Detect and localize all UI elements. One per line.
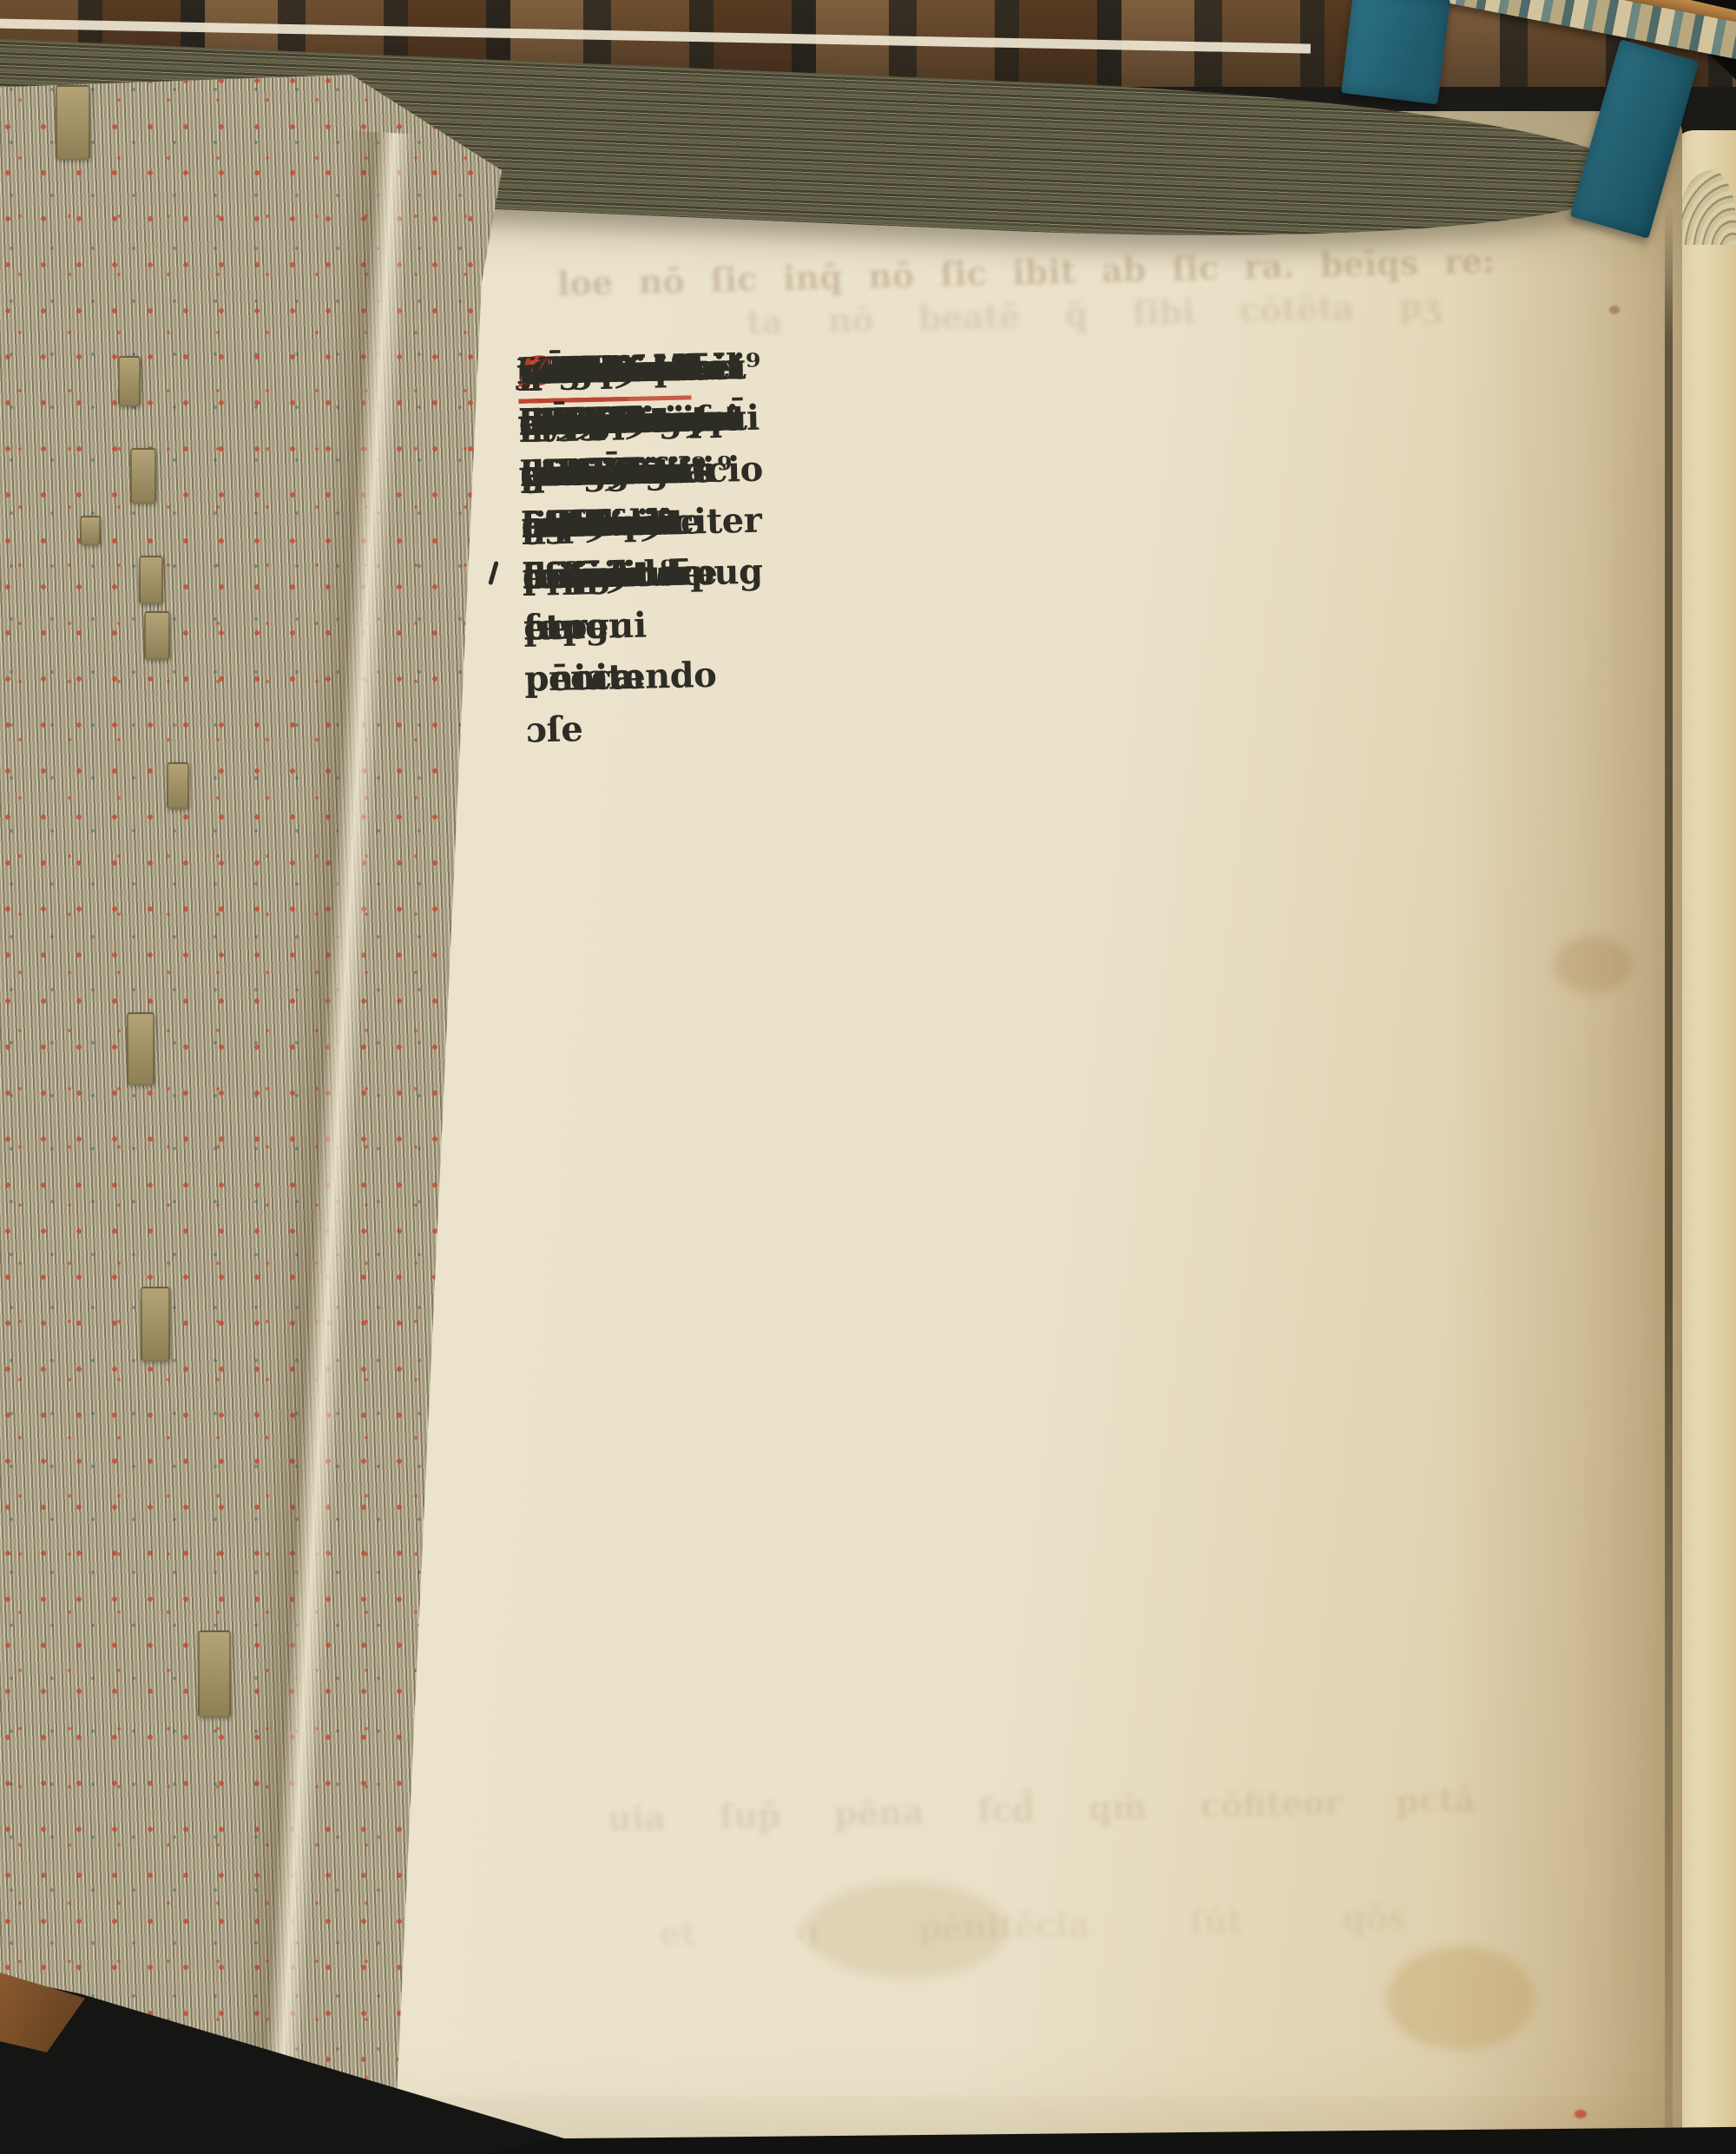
- index-tab: [130, 448, 156, 504]
- index-tab: [198, 1630, 231, 1717]
- gutter-crease: [1665, 205, 1673, 2132]
- stain: [1554, 936, 1632, 993]
- index-tab: [80, 516, 101, 545]
- index-tab: [167, 762, 189, 809]
- index-tab: [118, 356, 141, 406]
- book-photo: loe nō ſic inq̄ nō ſic ibit ab ſic ra. b…: [0, 0, 1736, 2154]
- index-tab: [139, 556, 163, 604]
- foxing-spot: [1609, 306, 1620, 314]
- page: [304, 111, 1682, 2151]
- stain: [1387, 1947, 1535, 2051]
- index-tab: [141, 1287, 170, 1361]
- page-shading-right: [1448, 111, 1682, 2151]
- text-line: vel ex toto/ vel vndiqȝ faſſio . nā vere…: [517, 346, 518, 398]
- index-tab: [144, 611, 170, 660]
- text-segment: nā vere ɔfitet̄ q̄ totū: [517, 344, 624, 602]
- index-tab: [56, 85, 90, 160]
- index-tab: [127, 1012, 155, 1085]
- stain: [807, 1882, 1007, 1978]
- red-speck: [1575, 2110, 1587, 2118]
- bookmark-ribbon-icon: [1341, 0, 1450, 104]
